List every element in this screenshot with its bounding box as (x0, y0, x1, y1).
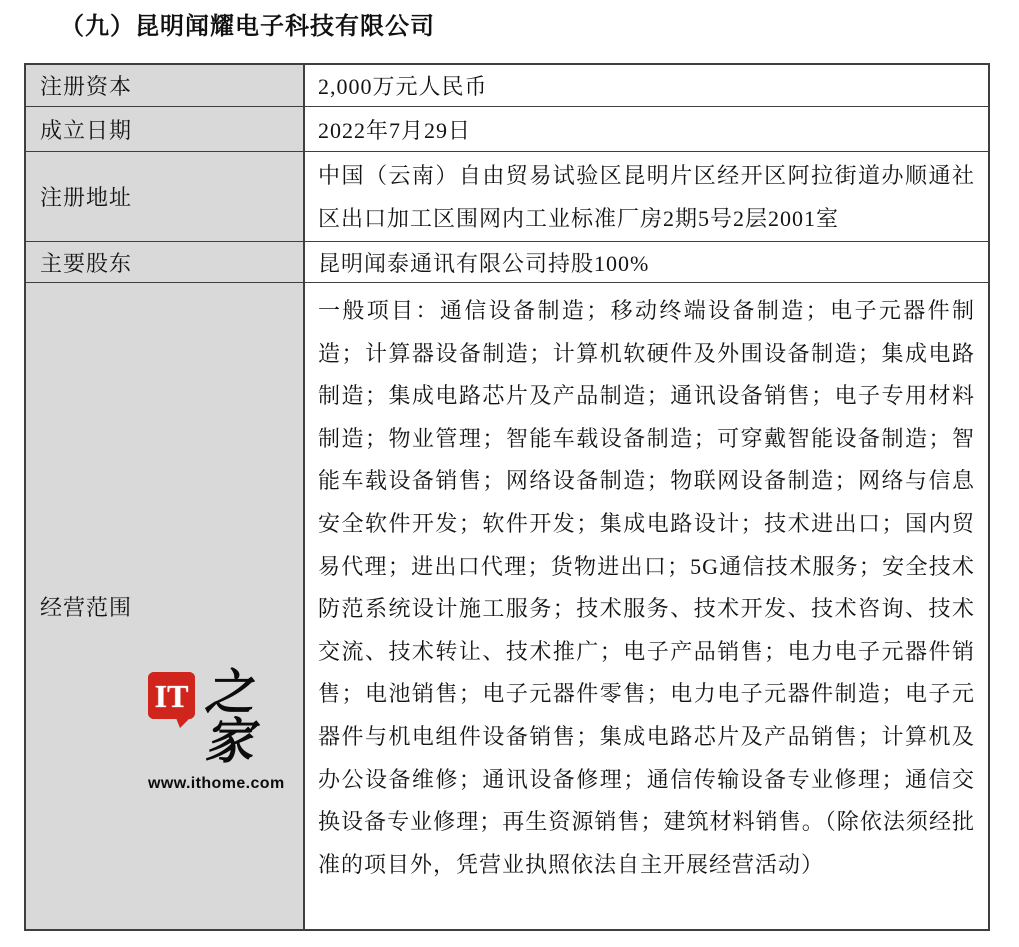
row-value: 2022年7月29日 (305, 107, 988, 151)
row-label: 注册地址 (26, 152, 305, 241)
row-value: 中国（云南）自由贸易试验区昆明片区经开区阿拉街道办顺通社区出口加工区围网内工业标… (305, 152, 988, 241)
table-row-registered-address: 注册地址 中国（云南）自由贸易试验区昆明片区经开区阿拉街道办顺通社区出口加工区围… (26, 152, 988, 242)
row-label: 注册资本 (26, 65, 305, 106)
document-page: （九）昆明闻耀电子科技有限公司 注册资本 2,000万元人民币 成立日期 202… (0, 0, 1019, 947)
row-value: 2,000万元人民币 (305, 65, 988, 106)
section-title: （九）昆明闻耀电子科技有限公司 (60, 6, 435, 41)
table-row-establishment-date: 成立日期 2022年7月29日 (26, 107, 988, 152)
company-info-table: 注册资本 2,000万元人民币 成立日期 2022年7月29日 注册地址 中国（… (24, 63, 990, 931)
ithome-it-bubble-icon: IT (148, 672, 195, 719)
row-label: 经营范围 (26, 283, 305, 929)
row-value: 昆明闻泰通讯有限公司持股100% (305, 242, 988, 282)
table-row-major-shareholder: 主要股东 昆明闻泰通讯有限公司持股100% (26, 242, 988, 283)
table-row-business-scope: 经营范围 一般项目：通信设备制造；移动终端设备制造；电子元器件制造；计算器设备制… (26, 283, 988, 929)
row-value: 一般项目：通信设备制造；移动终端设备制造；电子元器件制造；计算器设备制造；计算机… (305, 283, 988, 929)
table-row-registered-capital: 注册资本 2,000万元人民币 (26, 65, 988, 107)
row-label: 主要股东 (26, 242, 305, 282)
ithome-zhijia-text: 之家 (204, 668, 293, 766)
ithome-watermark-logo: IT 之家 www.ithome.com (148, 672, 293, 793)
ithome-logo-mark: IT 之家 (148, 672, 293, 766)
ithome-url-text: www.ithome.com (148, 775, 293, 793)
row-label: 成立日期 (26, 107, 305, 151)
ithome-it-text: IT (155, 680, 189, 712)
